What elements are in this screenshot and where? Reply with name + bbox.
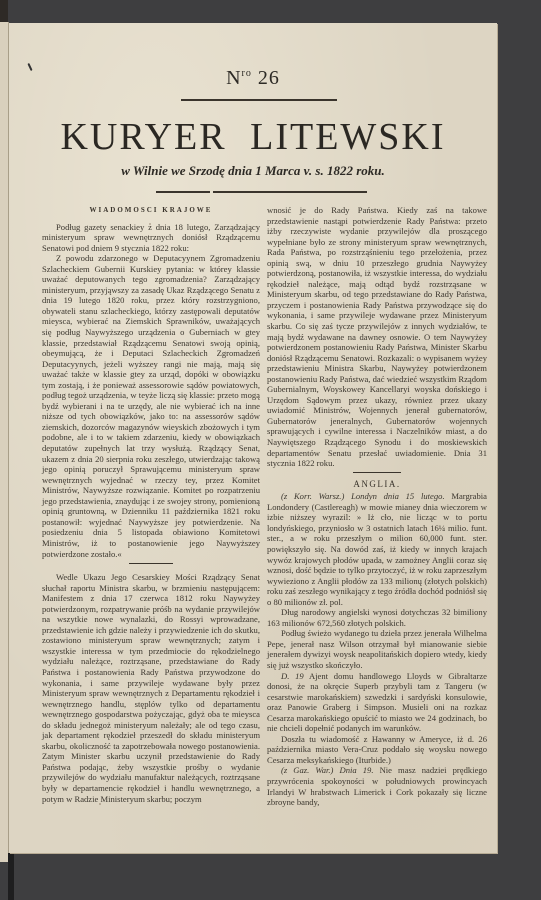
anglia-paragraph: Dług narodowy angielski wynosi dotychcza… [267, 607, 487, 628]
news-text: Doszła tu wiadomość z Hawanny w Ameryce,… [267, 734, 487, 765]
article-paragraph: Z powodu zdarzonego w Deputacyynem Zgrom… [42, 253, 260, 559]
previous-page-edge [0, 22, 9, 862]
issue-number-value: 26 [258, 67, 280, 89]
masthead-rule [181, 99, 337, 101]
dateline-rule-right [213, 191, 367, 193]
news-lead: Dnia 19. [339, 765, 373, 775]
news-text: Podług świeżo wydanego tu dzieła przez j… [267, 628, 487, 670]
anglia-paragraph: (z Korr. Warsz.) Londyn dnia 15 lutego. … [267, 491, 487, 607]
article-paragraph: Wedle Ukazu Jego Cesarskiey Mości Rządzą… [42, 572, 260, 804]
anglia-paragraph: (z Gaz. War.) Dnia 19. Nie masz nadziei … [267, 765, 487, 807]
issue-number-suffix: ro [242, 68, 252, 79]
anglia-paragraph: Podług świeżo wydanego tu dzieła przez j… [267, 628, 487, 670]
book-spine-bottom [8, 853, 14, 900]
newspaper-title: KURYER LITEWSKI [9, 115, 497, 159]
article-paragraph: wnosić je do Rady Państwa. Kiedy zaś na … [267, 205, 487, 469]
dateline: w Wilnie we Srzodę dnia 1 Marca v. s. 18… [9, 163, 497, 179]
news-lead: D. 19 [281, 671, 304, 681]
section-heading-domestic-news: WIADOMOSCI KRAJOWE [42, 205, 260, 216]
news-text: Dług narodowy angielski wynosi dotychcza… [267, 607, 487, 628]
article-divider [129, 563, 173, 564]
paper-speck [99, 803, 101, 805]
book-spine [0, 0, 8, 22]
news-source: (z Gaz. War.) [281, 765, 333, 775]
article-paragraph: Podług gazety senackiey z dnia 18 lutego… [42, 222, 260, 254]
right-column: wnosić je do Rady Państwa. Kiedy zaś na … [267, 205, 487, 808]
anglia-paragraph: D. 19 Ajent domu handlowego Lloyds w Gib… [267, 671, 487, 734]
news-text: Margrabia Londondery (Castlereagh) w mow… [267, 491, 487, 606]
issue-number-prefix: N [226, 67, 241, 89]
anglia-paragraph: Doszła tu wiadomość z Hawanny w Ameryce,… [267, 734, 487, 766]
left-column: WIADOMOSCI KRAJOWE Podług gazety senacki… [42, 205, 260, 804]
paper-speck [149, 223, 151, 225]
section-divider [353, 472, 401, 473]
paper-speck [479, 443, 481, 445]
dateline-rule-left [156, 191, 210, 193]
news-lead: Londyn dnia 15 lutego. [351, 491, 445, 501]
issue-number: Nro 26 [9, 67, 497, 90]
news-source: (z Korr. Warsz.) [281, 491, 344, 501]
newspaper-page: Nro 26 KURYER LITEWSKI w Wilnie we Srzod… [9, 23, 497, 853]
section-heading-anglia: ANGLIA. [267, 479, 487, 490]
